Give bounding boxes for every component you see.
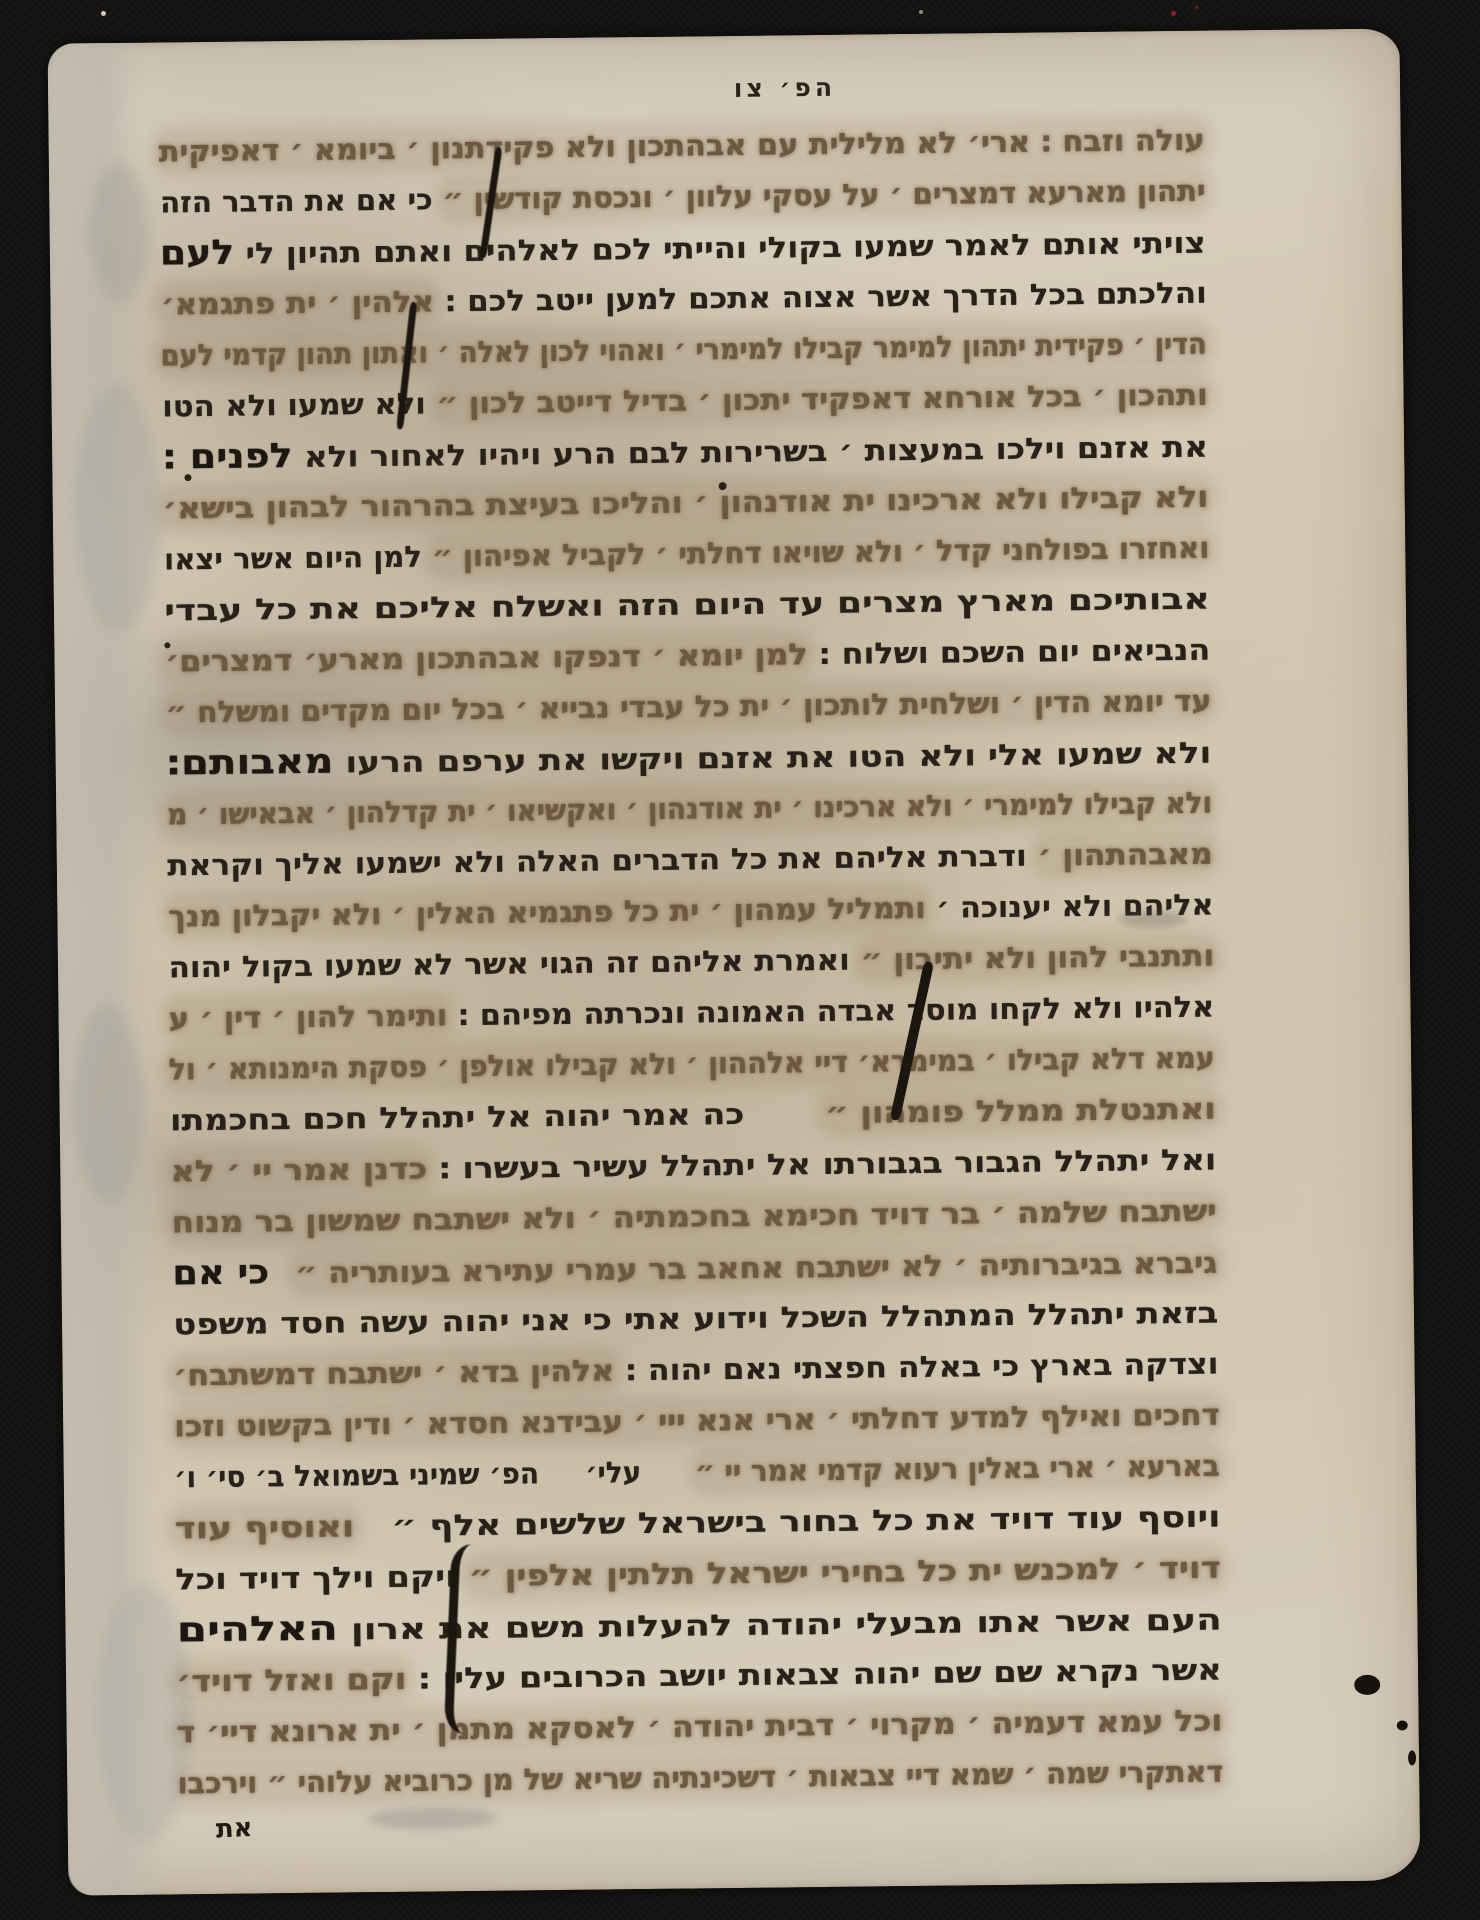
- manuscript-page: הפ׳ צו עולה וזבח ׃ ארי׳ לא מלילית עם אבה…: [48, 28, 1421, 1895]
- text-segment-dark: הנביאים יום השכם ושלוח ׃: [808, 633, 1211, 672]
- text-segment-bold: לפנים ׃: [162, 437, 293, 477]
- text-segment-dark: כי אם את הדבר הזה: [160, 182, 443, 219]
- text-segment-dark: אלהיו ולא לקחו מוסר אבדה האמונה ונכרתה מ…: [447, 990, 1214, 1033]
- text-segment-faded: וכל עמא דעמיה ׳ מקרוי ׳ דבית יהודה ׳ לאס…: [177, 1704, 1223, 1750]
- dust-speck: [919, 10, 923, 14]
- text-segment-faded: עמא דלא קבילו ׳ במימרא׳ דיי אלההון ׳ ולא…: [169, 1041, 1215, 1087]
- text-segment-dark: ואמרת אליהם זה הגוי אשר לא שמעו בקול יהו…: [168, 943, 860, 985]
- text-segment-faded: ותימר להון ׳ דין ׳ ע: [169, 998, 448, 1035]
- text-segment-faded: דאתקרי שמה ׳ שמא דיי צבאות ׳ דשכינתיה שר…: [177, 1755, 1223, 1801]
- red-speck: [1195, 6, 1198, 9]
- text-segment-faded: עולה וזבח ׃ ארי׳ לא מלילית עם אבהתכון ול…: [159, 123, 1205, 169]
- text-segment-faded: כדנן אמר יי ׳ לא: [171, 1151, 428, 1188]
- text-segment-faded: ואוסיף עוד: [174, 1509, 354, 1545]
- text-segment-bold: מאבותם׃: [166, 743, 334, 784]
- text-segment-dark: ויוסף עוד דויד את כל בחור בישראל שלשים א…: [391, 1500, 1220, 1543]
- text-segment-dark: ולא שמעו ולא הטו: [162, 386, 437, 423]
- ink-blot: [1354, 1675, 1380, 1695]
- margin-dot: [164, 642, 170, 648]
- text-line: דאתקרי שמה ׳ שמא דיי צבאות ׳ דשכינתיה שר…: [177, 1747, 1224, 1810]
- margin-dot: [184, 474, 191, 481]
- text-segment-bold: האלהים: [176, 1610, 338, 1651]
- text-segment-dark: עלי׳: [585, 1455, 641, 1490]
- text-segment-dark: בזאת יתהלל המתהלל השכל וידוע אתי כי אני …: [173, 1296, 1218, 1342]
- text-segment-dark: ודברת אליהם את כל הדברים האלה ולא ישמעו …: [167, 839, 1038, 883]
- photo-backdrop: { "manuscript": { "header": "הפ׳ צו", "c…: [0, 0, 1480, 1920]
- text-segment-faded: ואתנטלת ממלל פומהון ״: [825, 1092, 1216, 1130]
- text-segment-faded: ואחזרו בפולחני קדל ׳ ולא שויאו דחלתי ׳ ל…: [432, 531, 1210, 574]
- text-segment-dark: אשר נקרא שם שם יהוה צבאות יושב הכרובים ע…: [407, 1653, 1223, 1696]
- text-segment-faded: ולא קבילו ולא ארכינו ית אודנהון ׳ והליכו…: [163, 480, 1209, 526]
- text-segment-faded: ותמליל עמהון ׳ ית כל פתגמיא האלין ׳ ולא …: [168, 891, 926, 934]
- dust-speck: [101, 11, 106, 16]
- text-segment-faded: ולא קבילו למימרי ׳ ולא ארכינו ׳ ית אודנה…: [167, 786, 1212, 832]
- text-segment-dark: וצדקה בארץ כי באלה חפצתי נאם יהוה ׃: [614, 1347, 1219, 1388]
- text-segment-dark: הפ׳ שמיני בשמואל ב׳ סי׳ ו׳: [174, 1456, 539, 1494]
- text-segment-faded: ותהכון ׳ בכל אורחא דאפקיד יתכון ׳ בדיל ד…: [436, 378, 1208, 421]
- text-segment-faded: למן יומא ׳ דנפקו אבהתכון מארע׳ דמצרים׳: [165, 637, 808, 678]
- text-segment-dark: ולא שמעו אלי ולא הטו את אזנם ויקשו את ער…: [334, 736, 1212, 780]
- text-segment-faded: מאבהתהון ׳: [1038, 837, 1213, 873]
- margin-dot: [719, 482, 727, 490]
- text-segment-faded: דחכים ואילף למדע דחלתי ׳ ארי אנא ייי ׳ ע…: [174, 1398, 1220, 1444]
- text-segment-faded: ישתבח שלמה ׳ בר דויד חכימא בחכמתיה ׳ ולא…: [172, 1194, 1217, 1240]
- page-header-title: הפ׳ צו: [616, 73, 836, 104]
- text-segment-faded: גיברא בגיברותיה ׳ לא ישתבח אחאב בר עמרי …: [295, 1246, 1218, 1290]
- text-segment-faded: ותתנבי להון ולא יתיבון ״: [860, 939, 1214, 977]
- text-segment-faded: הדין ׳ פקידית יתהון למימר קבילו למימרי ׳…: [161, 327, 1207, 373]
- text-segment-dark: והלכתם בכל הדרך אשר אצוה אתכם למען ייטב …: [434, 276, 1207, 319]
- text-segment-dark: את אזנם וילכו במעצות ׳ בשרירות לבם הרע ו…: [293, 430, 1209, 474]
- text-segment-dark: כה אמר יהוה אל יתהלל חכם בחכמתו: [170, 1097, 745, 1138]
- red-speck: [1171, 11, 1176, 16]
- ink-blot: [1397, 1720, 1408, 1730]
- text-segment-faded: דויד ׳ למכנש ית כל בחירי ישראל תלתין אלפ…: [469, 1551, 1221, 1594]
- text-segment-dark: ויקם וילך דויד וכל: [175, 1559, 469, 1596]
- text-segment-faded: אלהין ׳ ית פתגמא׳: [161, 284, 434, 321]
- text-segment-bold: לעם: [160, 234, 235, 274]
- text-segment-dark: למן היום אשר יצאו: [164, 539, 432, 576]
- text-segment-dark: אבותיכם מארץ מצרים עד היום הזה ואשלח אלי…: [164, 582, 1210, 628]
- text-segment-faded: עד יומא הדין ׳ ושלחית לותכון ׳ ית כל עבד…: [165, 684, 1211, 730]
- catchword: את: [215, 1813, 253, 1845]
- ink-blot: [1408, 1750, 1416, 1765]
- text-segment-faded: אלהין בדא ׳ ישתבח דמשתבח׳: [173, 1353, 614, 1392]
- text-segment-dark: צויתי אותם לאמר שמעו בקולי והייתי לכם לא…: [234, 226, 1206, 271]
- pencil-smudge: [368, 1807, 498, 1830]
- text-segment-faded: בארעא ׳ ארי באלין רעוא קדמי אמר יי ״: [695, 1449, 1220, 1489]
- text-segment-bold: כי אם: [172, 1253, 269, 1293]
- text-segment-dark: ואל יתהלל הגבור בגבורתו אל יתהלל עשיר בע…: [427, 1143, 1216, 1186]
- text-block: עולה וזבח ׃ ארי׳ לא מלילית עם אבהתכון ול…: [158, 115, 1223, 1810]
- text-segment-faded: וקם ואזל דויד׳: [176, 1662, 407, 1699]
- text-segment-faded: יתהון מארעא דמצרים ׳ על עסקי עלוון ׳ ונכ…: [442, 174, 1205, 217]
